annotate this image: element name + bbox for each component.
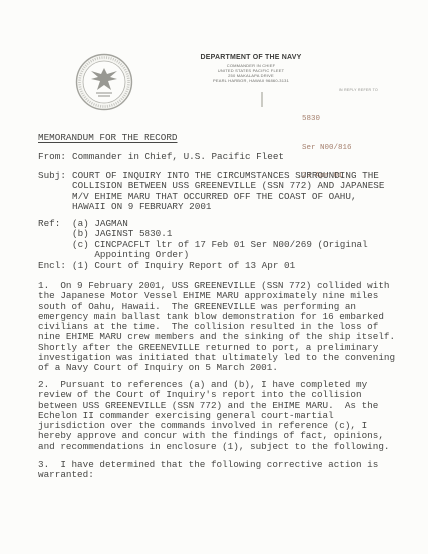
- from-line: From: Commander in Chief, U.S. Pacific F…: [38, 152, 410, 162]
- paragraph-3: 3. I have determined that the following …: [38, 460, 410, 481]
- from-label: From:: [38, 152, 72, 162]
- enclosure-value: (1) Court of Inquiry Report of 13 Apr 01: [72, 261, 295, 271]
- references-label: Ref:: [38, 219, 72, 260]
- paragraph-2: 2. Pursuant to references (a) and (b), I…: [38, 380, 410, 452]
- subject-line: Subj: COURT OF INQUIRY INTO THE CIRCUMST…: [38, 171, 410, 212]
- memo-heading: MEMORANDUM FOR THE RECORD: [38, 133, 410, 143]
- subject-label: Subj:: [38, 171, 72, 212]
- stamp-code: 5830: [302, 115, 352, 125]
- scanned-memo-page: DEPARTMENT OF THE NAVY COMMANDER IN CHIE…: [0, 0, 428, 554]
- from-value: Commander in Chief, U.S. Pacific Fleet: [72, 152, 284, 162]
- in-reply-refer-label: IN REPLY REFER TO: [339, 88, 378, 92]
- subject-value: COURT OF INQUIRY INTO THE CIRCUMSTANCES …: [72, 171, 384, 212]
- references-line: Ref: (a) JAGMAN (b) JAGINST 5830.1 (c) C…: [38, 219, 410, 260]
- letterhead: DEPARTMENT OF THE NAVY COMMANDER IN CHIE…: [183, 54, 319, 83]
- letterhead-address: COMMANDER IN CHIEF UNITED STATES PACIFIC…: [183, 63, 319, 83]
- scan-artifact: [261, 92, 263, 107]
- letterhead-title: DEPARTMENT OF THE NAVY: [183, 54, 319, 61]
- paragraph-1: 1. On 9 February 2001, USS GREENEVILLE (…: [38, 281, 410, 374]
- enclosure-label: Encl:: [38, 261, 72, 271]
- navy-seal-icon: [74, 52, 134, 112]
- enclosure-line: Encl: (1) Court of Inquiry Report of 13 …: [38, 261, 410, 271]
- references-value: (a) JAGMAN (b) JAGINST 5830.1 (c) CINCPA…: [72, 219, 368, 260]
